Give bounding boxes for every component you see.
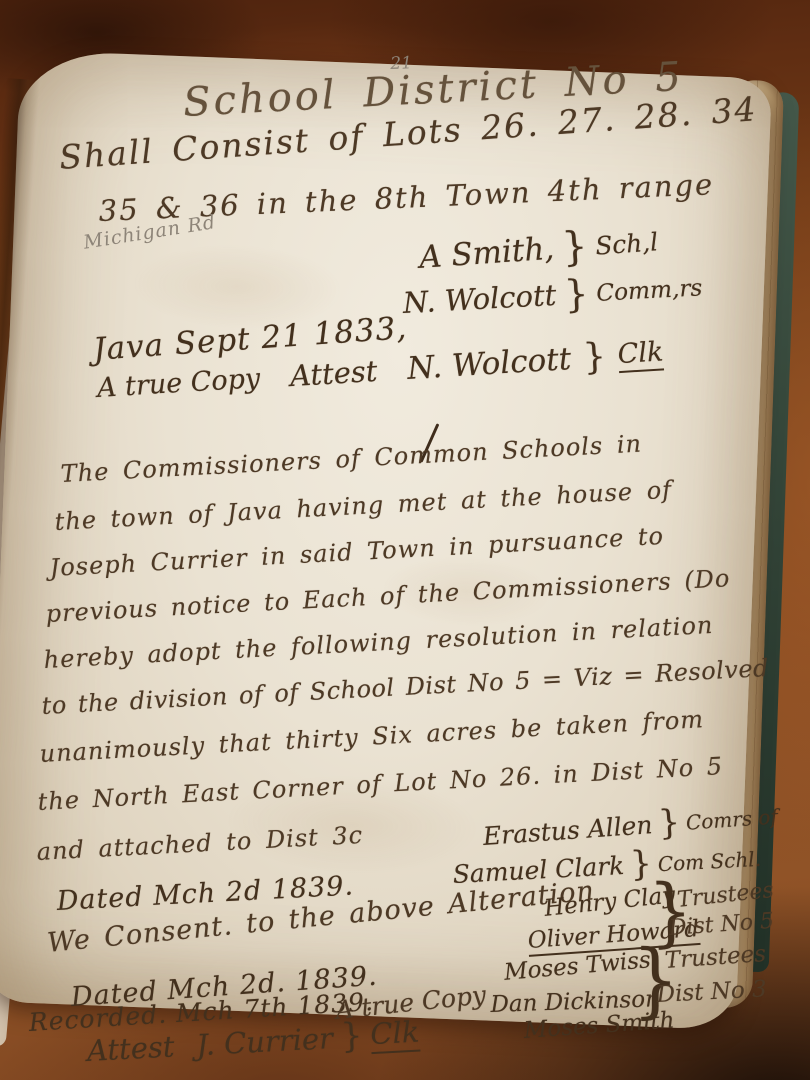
- brace-icon: }: [582, 342, 607, 372]
- attest-label-bottom: Attest: [86, 1029, 175, 1068]
- signature-label-school: Sch,l: [594, 227, 659, 260]
- attest-label: Attest: [289, 354, 378, 393]
- clerk-title: Clk: [617, 336, 665, 373]
- clerk-title-bottom: Clk: [369, 1015, 420, 1055]
- brace-icon: }: [657, 809, 680, 838]
- true-copy-label: A true Copy: [96, 363, 261, 404]
- signature-label-comrs-of: Comrs of: [685, 804, 778, 834]
- manuscript-photo: 21 School District No 5 Shall Consist of…: [0, 0, 810, 1080]
- brace-icon: }: [340, 1022, 363, 1050]
- clerk-signature-currier: J. Currier: [195, 1021, 333, 1062]
- trustees-d3-district-label: Dist No 3: [656, 976, 767, 1008]
- brace-icon: }: [561, 230, 589, 264]
- brace-icon: }: [563, 278, 589, 310]
- signature-label-commissioners: Comm,rs: [596, 274, 703, 307]
